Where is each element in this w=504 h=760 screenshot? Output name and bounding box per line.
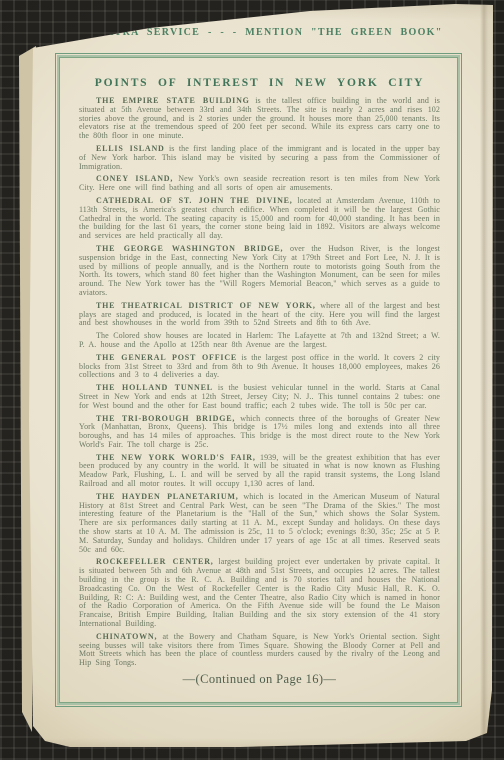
continued-note: —(Continued on Page 16)—: [79, 672, 440, 687]
paragraph: THE HOLLAND TUNNEL is the busiest vehicu…: [79, 384, 440, 410]
paragraph: THE NEW YORK WORLD'S FAIR, 1939, will be…: [79, 454, 440, 489]
paragraph-lead: ROCKEFELLER CENTER,: [96, 557, 214, 566]
paragraph-lead: THE HOLLAND TUNNEL: [96, 383, 213, 392]
paragraph-text: over the Hudson River, is the longest su…: [79, 244, 440, 297]
decorative-frame: POINTS OF INTEREST IN NEW YORK CITY THE …: [55, 53, 462, 707]
book-page: FOR EXTRA SERVICE - - - MENTION "THE GRE…: [0, 0, 504, 760]
paragraph-lead: THE EMPIRE STATE BUILDING: [96, 96, 250, 105]
article-body: THE EMPIRE STATE BUILDING is the tallest…: [79, 97, 440, 668]
paragraph: THE TRI-BOROUGH BRIDGE, which connects t…: [79, 415, 440, 450]
paragraph-lead: THE TRI-BOROUGH BRIDGE,: [96, 414, 235, 423]
paragraph: ELLIS ISLAND is the first landing place …: [79, 145, 440, 171]
paragraph-lead: CATHEDRAL OF ST. JOHN THE DIVINE,: [96, 196, 293, 205]
paragraph-lead: CHINATOWN,: [96, 632, 157, 641]
paragraph-lead: ELLIS ISLAND: [96, 144, 165, 153]
paragraph: THE EMPIRE STATE BUILDING is the tallest…: [79, 97, 440, 141]
paragraph: The Colored show houses are located in H…: [79, 332, 440, 350]
paragraph: THE HAYDEN PLANETARIUM, which is located…: [79, 493, 440, 555]
scanned-page-photo: FOR EXTRA SERVICE - - - MENTION "THE GRE…: [0, 0, 504, 760]
paragraph-lead: CONEY ISLAND,: [96, 174, 173, 183]
paragraph: CATHEDRAL OF ST. JOHN THE DIVINE, locate…: [79, 197, 440, 241]
paragraph: CONEY ISLAND, New York's own seaside rec…: [79, 175, 440, 193]
frame-inner-rule: POINTS OF INTEREST IN NEW YORK CITY THE …: [59, 57, 458, 703]
paragraph-text: The Colored show houses are located in H…: [79, 331, 440, 349]
paragraph-lead: THE GENERAL POST OFFICE: [96, 353, 237, 362]
paragraph-text: largest building project ever undertaken…: [79, 557, 440, 628]
paragraph-lead: THE GEORGE WASHINGTON BRIDGE,: [96, 244, 283, 253]
paragraph: ROCKEFELLER CENTER, largest building pro…: [79, 558, 440, 628]
page-content: POINTS OF INTEREST IN NEW YORK CITY THE …: [61, 59, 456, 701]
banner-text: FOR EXTRA SERVICE - - - MENTION "THE GRE…: [10, 27, 498, 38]
paragraph: THE GEORGE WASHINGTON BRIDGE, over the H…: [79, 245, 440, 298]
paragraph-lead: THE THEATRICAL DISTRICT OF NEW YORK,: [96, 301, 316, 310]
page-title: POINTS OF INTEREST IN NEW YORK CITY: [79, 77, 440, 89]
paragraph: THE GENERAL POST OFFICE is the largest p…: [79, 354, 440, 380]
paragraph: CHINATOWN, at the Bowery and Chatham Squ…: [79, 633, 440, 668]
paragraph-lead: THE NEW YORK WORLD'S FAIR,: [96, 453, 256, 462]
paragraph: THE THEATRICAL DISTRICT OF NEW YORK, whe…: [79, 302, 440, 328]
paragraph-lead: THE HAYDEN PLANETARIUM,: [96, 492, 239, 501]
paragraph-text: which is located in the American Museum …: [79, 492, 440, 554]
